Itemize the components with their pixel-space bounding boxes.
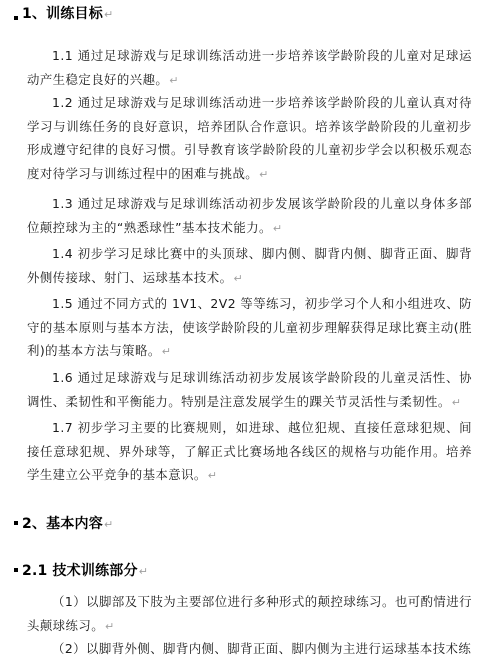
paragraph-mark-icon: ↵ <box>139 565 148 578</box>
document-page: 1、训练目标↵ 1.1 通过足球游戏与足球训练活动进一步培养该学龄阶段的儿童对足… <box>0 0 492 672</box>
paragraph-1-4: 1.4 初步学习足球比赛中的头顶球、脚内侧、脚背内侧、脚背正面、脚背外侧传接球、… <box>27 242 472 290</box>
heading-bullet-icon <box>14 521 18 525</box>
paragraph-mark-icon: ↵ <box>104 518 113 531</box>
paragraph-1-5: 1.5 通过不同方式的 1V1、2V2 等等练习，初步学习个人和小组进攻、防守的… <box>27 292 472 364</box>
heading-bullet-icon <box>14 16 18 20</box>
heading-technical-training: 2.1 技术训练部分↵ <box>14 562 148 581</box>
heading-text: 2、基本内容 <box>22 516 103 532</box>
heading-training-goals: 1、训练目标↵ <box>14 5 113 24</box>
paragraph-mark-icon: ↵ <box>162 345 172 358</box>
paragraph-mark-icon: ↵ <box>259 168 269 181</box>
paragraph-2-1-1: （1）以脚部及下肢为主要部位进行多种形式的颠控球练习。也可酌情进行头颠球练习。↵ <box>27 590 472 638</box>
heading-basic-content: 2、基本内容↵ <box>14 515 113 534</box>
paragraph-mark-icon: ↵ <box>273 222 283 235</box>
heading-bullet-icon <box>14 568 18 572</box>
paragraph-1-3: 1.3 通过足球游戏与足球训练活动初步发展该学龄阶段的儿童以身体多部位颠控球为主… <box>27 192 472 240</box>
heading-text: 2.1 技术训练部分 <box>22 563 138 579</box>
paragraph-mark-icon: ↵ <box>452 396 462 409</box>
paragraph-mark-icon: ↵ <box>169 74 179 87</box>
paragraph-mark-icon: ↵ <box>233 272 243 285</box>
heading-text: 1、训练目标 <box>22 6 103 22</box>
paragraph-1-2: 1.2 通过足球游戏与足球训练活动进一步培养该学龄阶段的儿童认真对待学习与训练任… <box>27 91 472 186</box>
paragraph-1-7: 1.7 初步学习主要的比赛规则，如进球、越位犯规、直接任意球犯规、间接任意球犯规… <box>27 416 472 488</box>
paragraph-1-6: 1.6 通过足球游戏与足球训练活动初步发展该学龄阶段的儿童灵活性、协调性、柔韧性… <box>27 366 472 414</box>
paragraph-mark-icon: ↵ <box>104 8 113 21</box>
paragraph-2-1-2: （2）以脚背外侧、脚背内侧、脚背正面、脚内侧为主进行运球基本技术练 <box>27 637 472 661</box>
paragraph-mark-icon: ↵ <box>208 469 218 482</box>
paragraph-mark-icon: ↵ <box>105 620 115 633</box>
paragraph-1-1: 1.1 通过足球游戏与足球训练活动进一步培养该学龄阶段的儿童对足球运动产生稳定良… <box>27 44 472 92</box>
